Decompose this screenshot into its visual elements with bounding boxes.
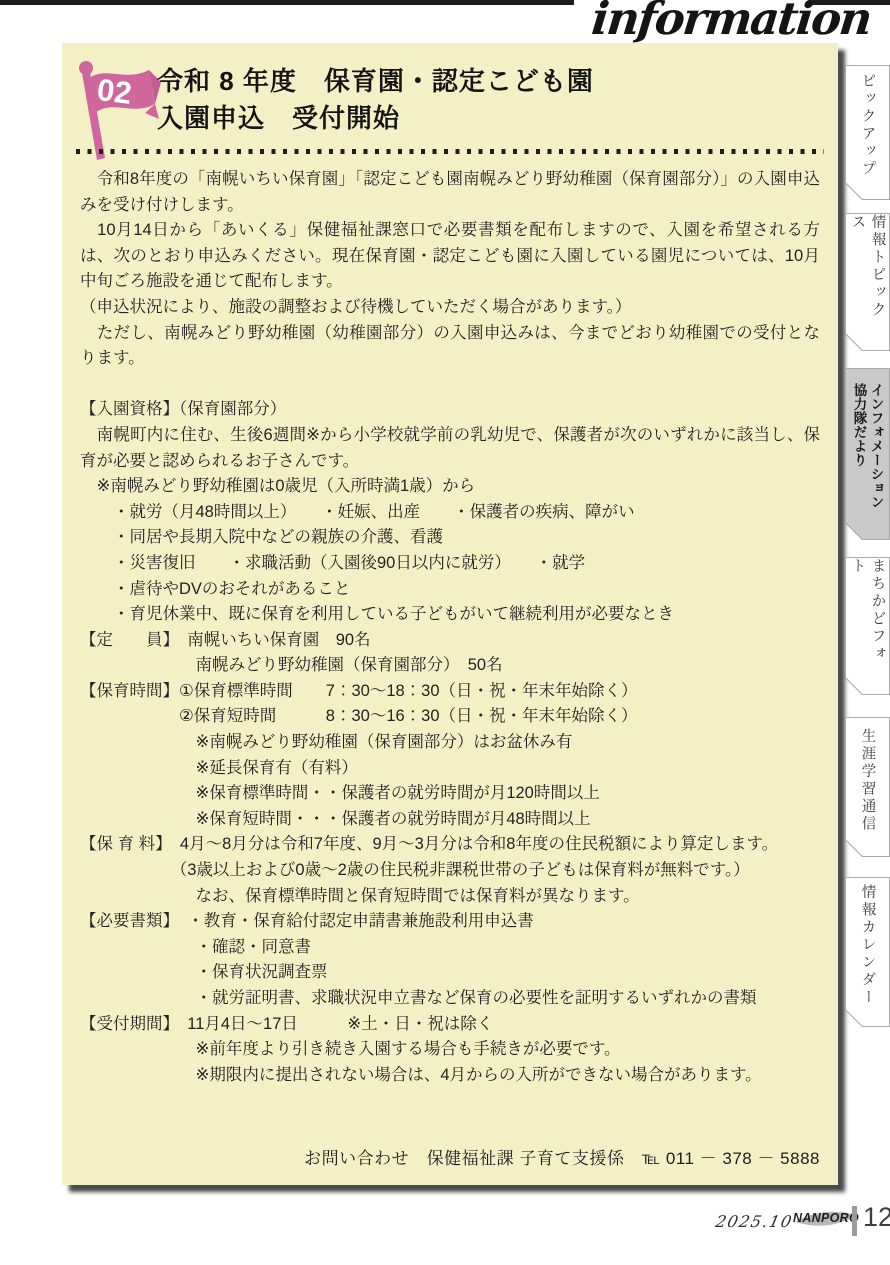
sidebar-tab-face: ピックアップ: [846, 66, 889, 199]
body-line: ・確認・同意書: [80, 935, 820, 961]
body-line: ・育児休業中、既に保育を利用している子どもがいて継続利用が必要なとき: [80, 602, 820, 628]
body-line: 【定 員】 南幌いちい保育園 90名: [80, 628, 820, 654]
sidebar-tab-face: 情報トピックス: [846, 214, 889, 350]
body-line: 【入園資格】（保育園部分）: [80, 397, 820, 423]
body-line: （3歳以上および0歳～2歳の住民税非課税世帯の子どもは保育料が無料です。）: [80, 858, 820, 884]
newsletter-page: information 02 令和 8 年度 保育園・認定こども園 入園申込 受…: [0, 0, 890, 1265]
body-line: 10月14日から「あいくる」保健福祉課窓口で必要書類を配布しますので、入園を希望…: [80, 218, 820, 295]
sidebar-tabs: ピックアップ情報トピックスインフォメーション協力隊だよりまちかどフォト生涯学習通…: [845, 0, 890, 1265]
page-number: 12: [863, 1202, 890, 1233]
sidebar-tab-face: インフォメーション協力隊だより: [846, 369, 889, 539]
body-line: ・保育状況調査票: [80, 960, 820, 986]
body-line: 【必要書類】 ・教育・保育給付認定申請書兼施設利用申込書: [80, 909, 820, 935]
body-line: ②保育短時間 8：30～16：30（日・祝・年末年始除く）: [80, 704, 820, 730]
sidebar-tab-face: 生涯学習通信: [846, 718, 889, 856]
body-line: ・災害復旧 ・求職活動（入園後90日以内に就労） ・就学: [80, 551, 820, 577]
body-line: ※保育標準時間・・保護者の就労時間が月120時間以上: [80, 781, 820, 807]
footer-divider-bar: [852, 1206, 857, 1236]
sidebar-tab: 情報カレンダー: [845, 877, 890, 1027]
sidebar-tab: インフォメーション協力隊だより: [845, 368, 890, 540]
body-line: 南幌みどり野幼稚園（保育園部分） 50名: [80, 653, 820, 679]
contact-info: お問い合わせ 保健福祉課 子育て支援係 ℡ 011 － 378 － 5888: [304, 1144, 820, 1169]
body-line: ※保育短時間・・・保護者の就労時間が月48時間以上: [80, 807, 820, 833]
article-title-line1: 令和 8 年度 保育園・認定こども園: [157, 63, 594, 100]
nanporo-logo: NANPORO: [793, 1202, 859, 1234]
sidebar-tab-face: まちかどフォト: [846, 558, 889, 694]
body-line: ※延長保育有（有料）: [80, 756, 820, 782]
body-line: 令和8年度の「南幌いちい保育園」「認定こども園南幌みどり野幼稚園（保育園部分）」…: [80, 167, 820, 218]
body-line: ・同居や長期入院中などの親族の介護、看護: [80, 525, 820, 551]
sidebar-tab: まちかどフォト: [845, 557, 890, 695]
sidebar-tab-label: 情報トピックス: [848, 214, 888, 350]
body-line: （申込状況により、施設の調整および待機していただく場合があります。）: [80, 295, 820, 321]
body-line: ・就労証明書、求職状況申立書など保育の必要性を証明するいずれかの書類: [80, 986, 820, 1012]
body-line: ※南幌みどり野幼稚園（保育園部分）はお盆休み有: [80, 730, 820, 756]
flag-number-icon: 02: [75, 57, 163, 161]
sidebar-tab: 生涯学習通信: [845, 717, 890, 857]
body-line: ただし、南幌みどり野幼稚園（幼稚園部分）の入園申込みは、今までどおり幼稚園での受…: [80, 321, 820, 372]
body-line: 【保育時間】①保育標準時間 7：30～18：30（日・祝・年末年始除く）: [80, 679, 820, 705]
body-line: ・虐待やDVのおそれがあること: [80, 577, 820, 603]
sidebar-tab: ピックアップ: [845, 65, 890, 200]
body-line: ※南幌みどり野幼稚園は0歳児（入所時満1歳）から: [80, 474, 820, 500]
dotted-divider: [76, 149, 824, 154]
sidebar-tab-label: インフォメーション協力隊だより: [851, 383, 885, 525]
body-line: 【保 育 料】 4月～8月分は令和7年度、9月～3月分は令和8年度の住民税額によ…: [80, 832, 820, 858]
body-line: なお、保育標準時間と保育短時間では保育料が異なります。: [80, 884, 820, 910]
sidebar-tab: 情報トピックス: [845, 213, 890, 351]
sidebar-tab-label: ピックアップ: [858, 73, 878, 192]
body-line: ※前年度より引き続き入園する場合も手続きが必要です。: [80, 1037, 820, 1063]
body-line: 南幌町内に住む、生後6週間※から小学校就学前の乳幼児で、保護者が次のいずれかに該…: [80, 423, 820, 474]
body-line: ・就労（月48時間以上） ・妊娠、出産 ・保護者の疾病、障がい: [80, 500, 820, 526]
sidebar-tab-label: まちかどフォト: [848, 558, 888, 694]
article-title: 令和 8 年度 保育園・認定こども園 入園申込 受付開始: [157, 63, 594, 137]
body-lines: 令和8年度の「南幌いちい保育園」「認定こども園南幌みどり野幼稚園（保育園部分）」…: [80, 167, 820, 1088]
sidebar-tab-label: 生涯学習通信: [858, 728, 878, 847]
nanporo-logo-text: NANPORO: [793, 1211, 859, 1225]
body-line: 【受付期間】 11月4日～17日 ※土・日・祝は除く: [80, 1012, 820, 1038]
body-line: ※期限内に提出されない場合は、4月からの入所ができない場合があります。: [80, 1063, 820, 1089]
article-title-line2: 入園申込 受付開始: [157, 100, 594, 137]
sidebar-tab-label: 情報カレンダー: [858, 884, 878, 1021]
body-line: [80, 372, 820, 398]
footer-date: 2025.10: [714, 1212, 795, 1231]
sidebar-tab-face: 情報カレンダー: [846, 878, 889, 1026]
masthead-rule-left-3: [0, 0, 574, 4]
flag-number-label: 02: [95, 72, 133, 111]
masthead-title: information: [589, 0, 811, 45]
article-panel: 02 令和 8 年度 保育園・認定こども園 入園申込 受付開始 令和8年度の「南…: [62, 43, 838, 1185]
